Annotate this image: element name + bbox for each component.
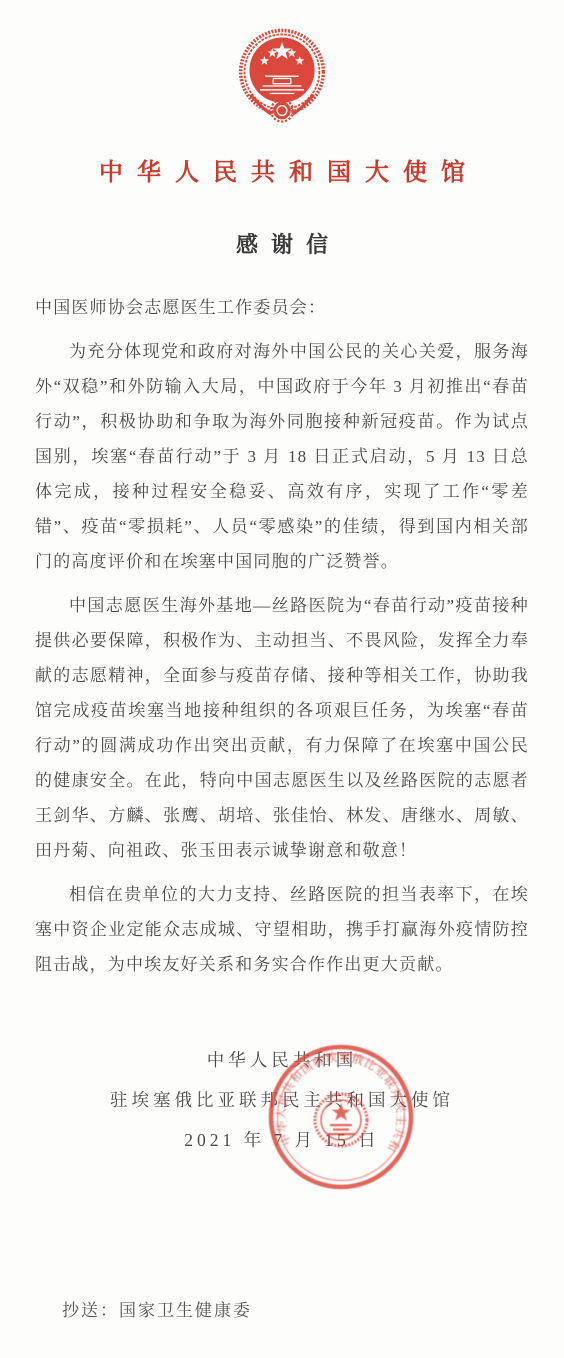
signature-embassy: 驻埃塞俄比亚联邦民主共和国大使馆 [40,1080,524,1120]
letter-page: 中华人民共和国大使馆 感谢信 中国医师协会志愿医生工作委员会： 为充分体现党和政… [0,0,564,1358]
cc-line: 抄送：国家卫生健康委 [62,1296,252,1321]
letter-heading: 感谢信 [0,228,564,259]
signature-date: 2021 年 7 月 15 日 [40,1120,524,1160]
signature-country: 中华人民共和国 [40,1040,524,1080]
paragraph-3: 相信在贵单位的大力支持、丝路医院的担当表率下，在埃塞中资企业定能众志成城、守望相… [35,877,529,982]
salutation: 中国医师协会志愿医生工作委员会： [35,290,529,325]
prc-national-emblem-icon [238,26,326,130]
paragraph-2: 中国志愿医生海外基地—丝路医院为“春苗行动”疫苗接种提供必要保障，积极作为、主动… [35,588,529,868]
letter-body: 中国医师协会志愿医生工作委员会： 为充分体现党和政府对海外中国公民的关心关爱，服… [35,290,529,982]
signature-block: 中华人民共和国 驻埃塞俄比亚联邦民主共和国大使馆 2021 年 7 月 15 日 [40,1040,524,1160]
embassy-title: 中华人民共和国大使馆 [0,152,564,187]
paragraph-1: 为充分体现党和政府对海外中国公民的关心关爱，服务海外“双稳”和外防输入大局，中国… [35,334,529,579]
